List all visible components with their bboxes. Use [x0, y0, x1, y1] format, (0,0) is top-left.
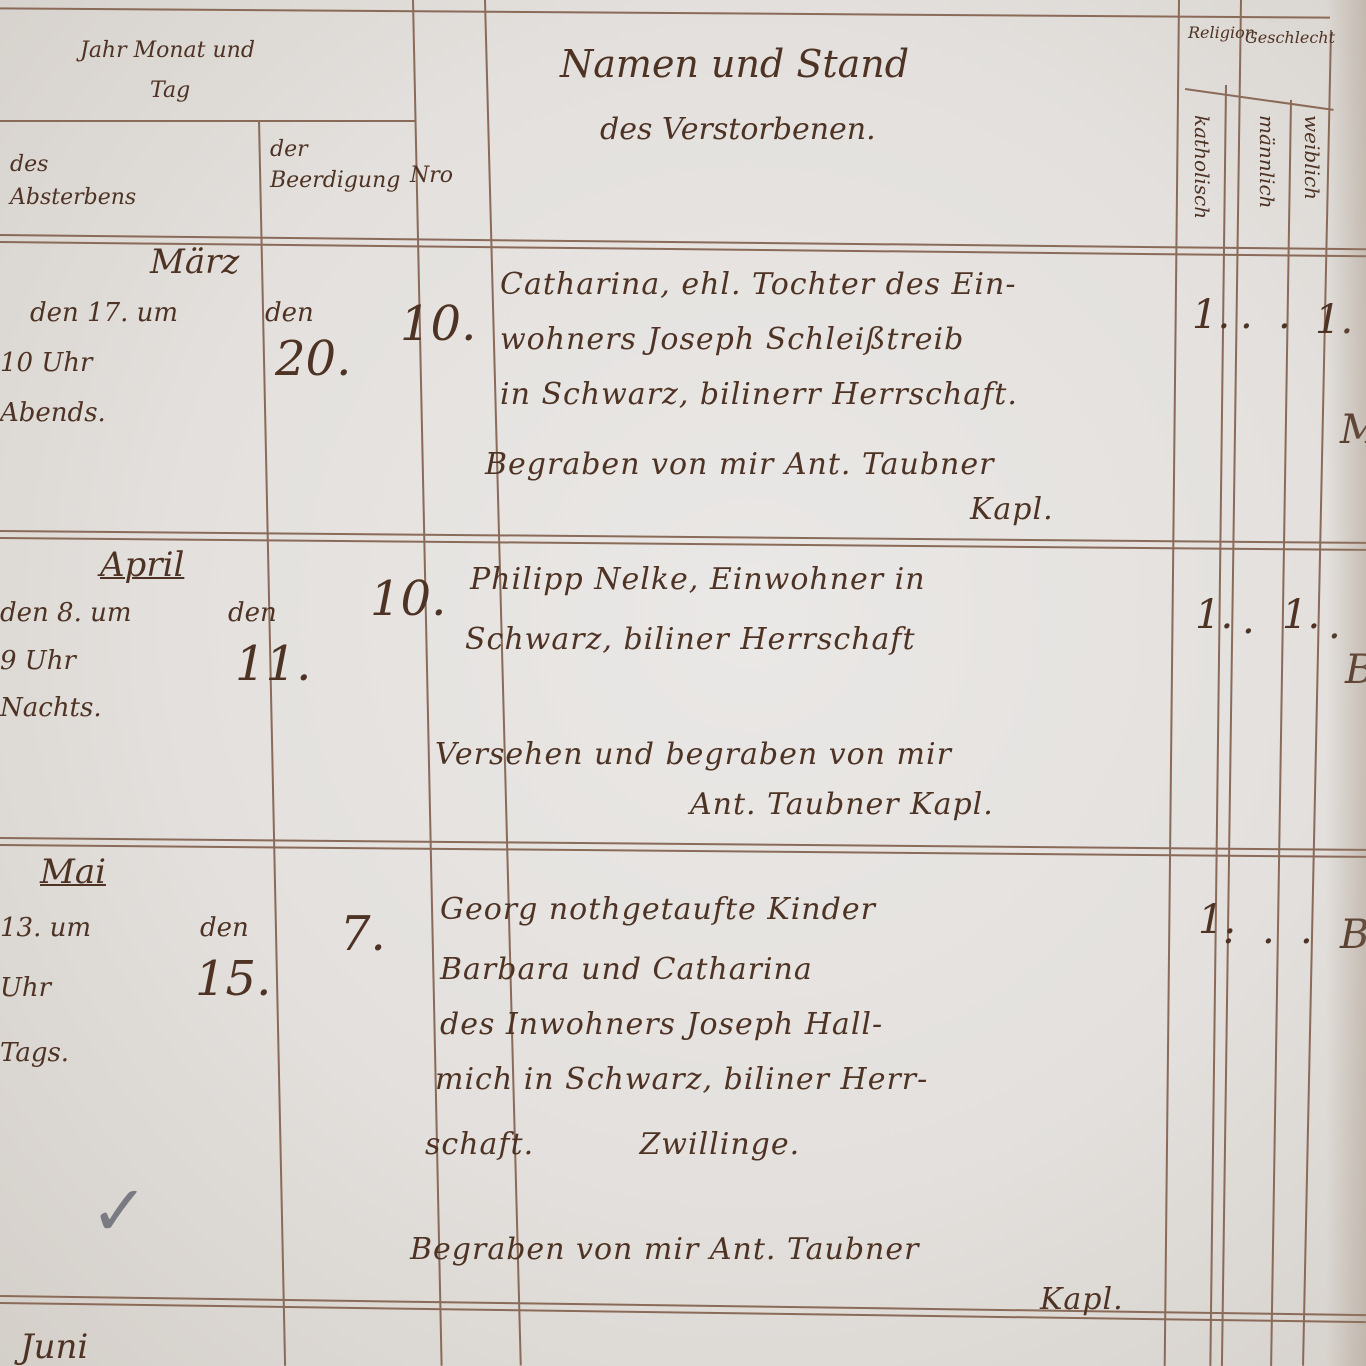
sex-mark: .: [1240, 295, 1253, 335]
rule-religion-sub: [1185, 88, 1334, 111]
entry-death-time: 9 Uhr: [0, 648, 76, 674]
margin-check-mark: ✓: [90, 1170, 149, 1252]
entry-death-period: Tags.: [0, 1040, 69, 1066]
extra-col-mark: B: [1340, 915, 1366, 955]
entry-name-line: mich in Schwarz, biliner Herr-: [435, 1065, 928, 1095]
entry-death-time: Uhr: [0, 975, 51, 1001]
header-sex-male: männlich: [1255, 115, 1279, 245]
header-religion: Religion: [1188, 25, 1233, 41]
entry-death-period: Abends.: [0, 400, 106, 426]
rule-top: [0, 7, 1330, 18]
rule-header-mid: [0, 120, 415, 122]
extra-col-mark: M: [1340, 410, 1366, 450]
header-date-title-2: Tag: [150, 80, 190, 102]
entry-name-line: wohners Joseph Schleißtreib: [500, 325, 964, 355]
sex-mark: .: [1242, 600, 1255, 640]
entry-name-line: in Schwarz, bilinerr Herrschaft.: [500, 380, 1018, 410]
rule-sex-mid: [1270, 100, 1292, 1366]
header-name-line2: des Verstorbenen.: [600, 115, 876, 145]
religion-mark: 1.: [1192, 295, 1230, 335]
header-sex: Geschlecht: [1245, 30, 1295, 46]
sex-mark: .: [1328, 605, 1341, 645]
entry-name-line: schaft. Zwillinge.: [425, 1130, 800, 1160]
entry-number: 7.: [340, 910, 386, 958]
rule-entry2-bottom: [0, 837, 1366, 858]
entry-burial-prefix: den: [200, 915, 249, 941]
religion-mark: 1.: [1195, 595, 1233, 635]
entry-name-line: Catharina, ehl. Tochter des Ein-: [500, 270, 1016, 300]
register-page: Jahr Monat und Tag des Absterbens der Be…: [0, 0, 1366, 1366]
rule-entry3-bottom: [0, 1295, 1366, 1323]
entry-name-line: Schwarz, biliner Herrschaft: [465, 625, 916, 655]
entry-name-line: Kapl.: [970, 495, 1054, 525]
entry-name-line: Ant. Taubner Kapl.: [690, 790, 994, 820]
entry-name-line: des Inwohners Joseph Hall-: [440, 1010, 883, 1040]
entry-death-time: 10 Uhr: [0, 350, 92, 376]
entry-number: 10.: [400, 300, 476, 348]
header-col-burial: der Beerdigung: [270, 135, 370, 197]
extra-col-mark: B: [1345, 650, 1366, 690]
entry-number: 10.: [370, 575, 446, 623]
entry-month: April: [100, 548, 184, 582]
sex-mark: .: [1300, 910, 1313, 950]
entry-name-line: Kapl.: [1040, 1285, 1124, 1315]
entry-name-line: Georg nothgetaufte Kinder: [440, 895, 876, 925]
entry-name-line: Begraben von mir Ant. Taubner: [485, 450, 994, 480]
entry-name-line: Versehen und begraben von mir: [435, 740, 952, 770]
entry-death-date: 13. um: [0, 915, 91, 941]
sex-mark: .: [1262, 910, 1275, 950]
sex-mark: .: [1278, 295, 1291, 335]
header-religion-sub: katholisch: [1190, 115, 1214, 255]
entry-month: Mai: [40, 855, 106, 889]
entry-month: Juni: [20, 1330, 88, 1364]
header-sex-female: weiblich: [1300, 115, 1324, 245]
sex-mark: 1.: [1282, 595, 1320, 635]
entry-name-line: Philipp Nelke, Einwohner in: [470, 565, 926, 595]
entry-burial-day: 15.: [195, 955, 271, 1003]
header-date-title-1: Jahr Monat und: [80, 40, 255, 62]
entry-death-period: Nachts.: [0, 695, 102, 721]
entry-burial-day: 11.: [235, 640, 311, 688]
entry-burial-day: 20.: [275, 335, 351, 383]
entry-death-date: den 17. um: [30, 300, 178, 326]
sex-mark: .: [1222, 910, 1235, 950]
header-col-death: des Absterbens: [10, 148, 130, 214]
entry-burial-prefix: den: [228, 600, 277, 626]
entry-name-line: Barbara und Catharina: [440, 955, 813, 985]
entry-name-line: Begraben von mir Ant. Taubner: [410, 1235, 919, 1265]
header-name-line1: Namen und Stand: [560, 45, 909, 83]
entry-month: März: [150, 245, 239, 279]
rule-entry1-bottom: [0, 530, 1366, 551]
header-number: Nro: [410, 165, 453, 187]
rule-name-right: [1164, 0, 1180, 1366]
entry-burial-prefix: den: [265, 300, 314, 326]
sex-mark: 1.: [1315, 300, 1353, 340]
entry-death-date: den 8. um: [0, 600, 132, 626]
